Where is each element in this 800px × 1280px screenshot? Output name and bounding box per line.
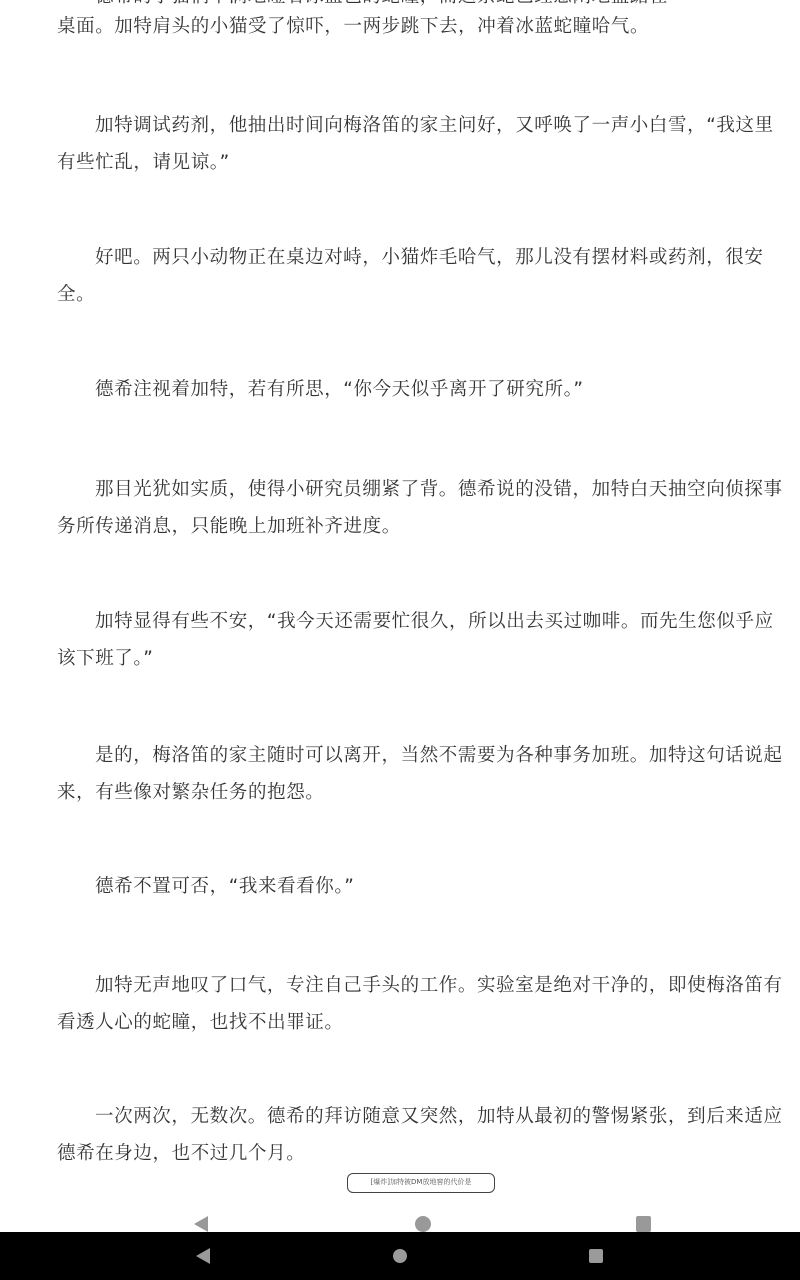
- reader-page[interactable]: 德希的小猫们不满地瞪着冰蓝色的蛇瞳，而这条蛇已经悠闲地盘踞在 桌面。加特肩头的小…: [0, 0, 800, 1232]
- paragraph: 是的，梅洛笛的家主随时可以离开，当然不需要为各种事务加班。加特这句话说起来，有些…: [57, 737, 792, 811]
- home-icon[interactable]: [393, 1249, 407, 1263]
- home-icon: [415, 1216, 431, 1232]
- paragraph: 加特显得有些不安，“我今天还需要忙很久，所以出去买过咖啡。而先生您似乎应该下班了…: [57, 603, 792, 677]
- paragraph: 德希注视着加特，若有所思，“你今天似乎离开了研究所。”: [57, 371, 792, 408]
- back-icon[interactable]: [196, 1248, 210, 1264]
- paragraph: 加特调试药剂，他抽出时间向梅洛笛的家主问好，又呼唤了一声小白雪，“我这里有些忙乱…: [57, 107, 792, 181]
- recents-icon[interactable]: [589, 1249, 603, 1263]
- paragraph: 好吧。两只小动物正在桌边对峙，小猫炸毛哈气，那儿没有摆材料或药剂，很安全。: [57, 239, 792, 313]
- chapter-title-pill[interactable]: [爆炸]加特被DM放地窖的代价是: [347, 1173, 495, 1193]
- paragraph: 德希不置可否，“我来看看你。”: [57, 868, 792, 905]
- embedded-nav-bar-image: [0, 1212, 800, 1232]
- recents-icon: [636, 1216, 651, 1232]
- paragraph: 那目光犹如实质，使得小研究员绷紧了背。德希说的没错，加特白天抽空向侦探事务所传递…: [57, 471, 792, 545]
- back-icon: [194, 1216, 208, 1232]
- paragraph: 桌面。加特肩头的小猫受了惊吓，一两步跳下去，冲着冰蓝蛇瞳哈气。: [57, 8, 792, 45]
- paragraph: 加特无声地叹了口气，专注自己手头的工作。实验室是绝对干净的，即使梅洛笛有看透人心…: [57, 967, 792, 1041]
- system-navigation-bar: [0, 1232, 800, 1280]
- paragraph: 一次两次，无数次。德希的拜访随意又突然，加特从最初的警惕紧张，到后来适应德希在身…: [57, 1098, 792, 1172]
